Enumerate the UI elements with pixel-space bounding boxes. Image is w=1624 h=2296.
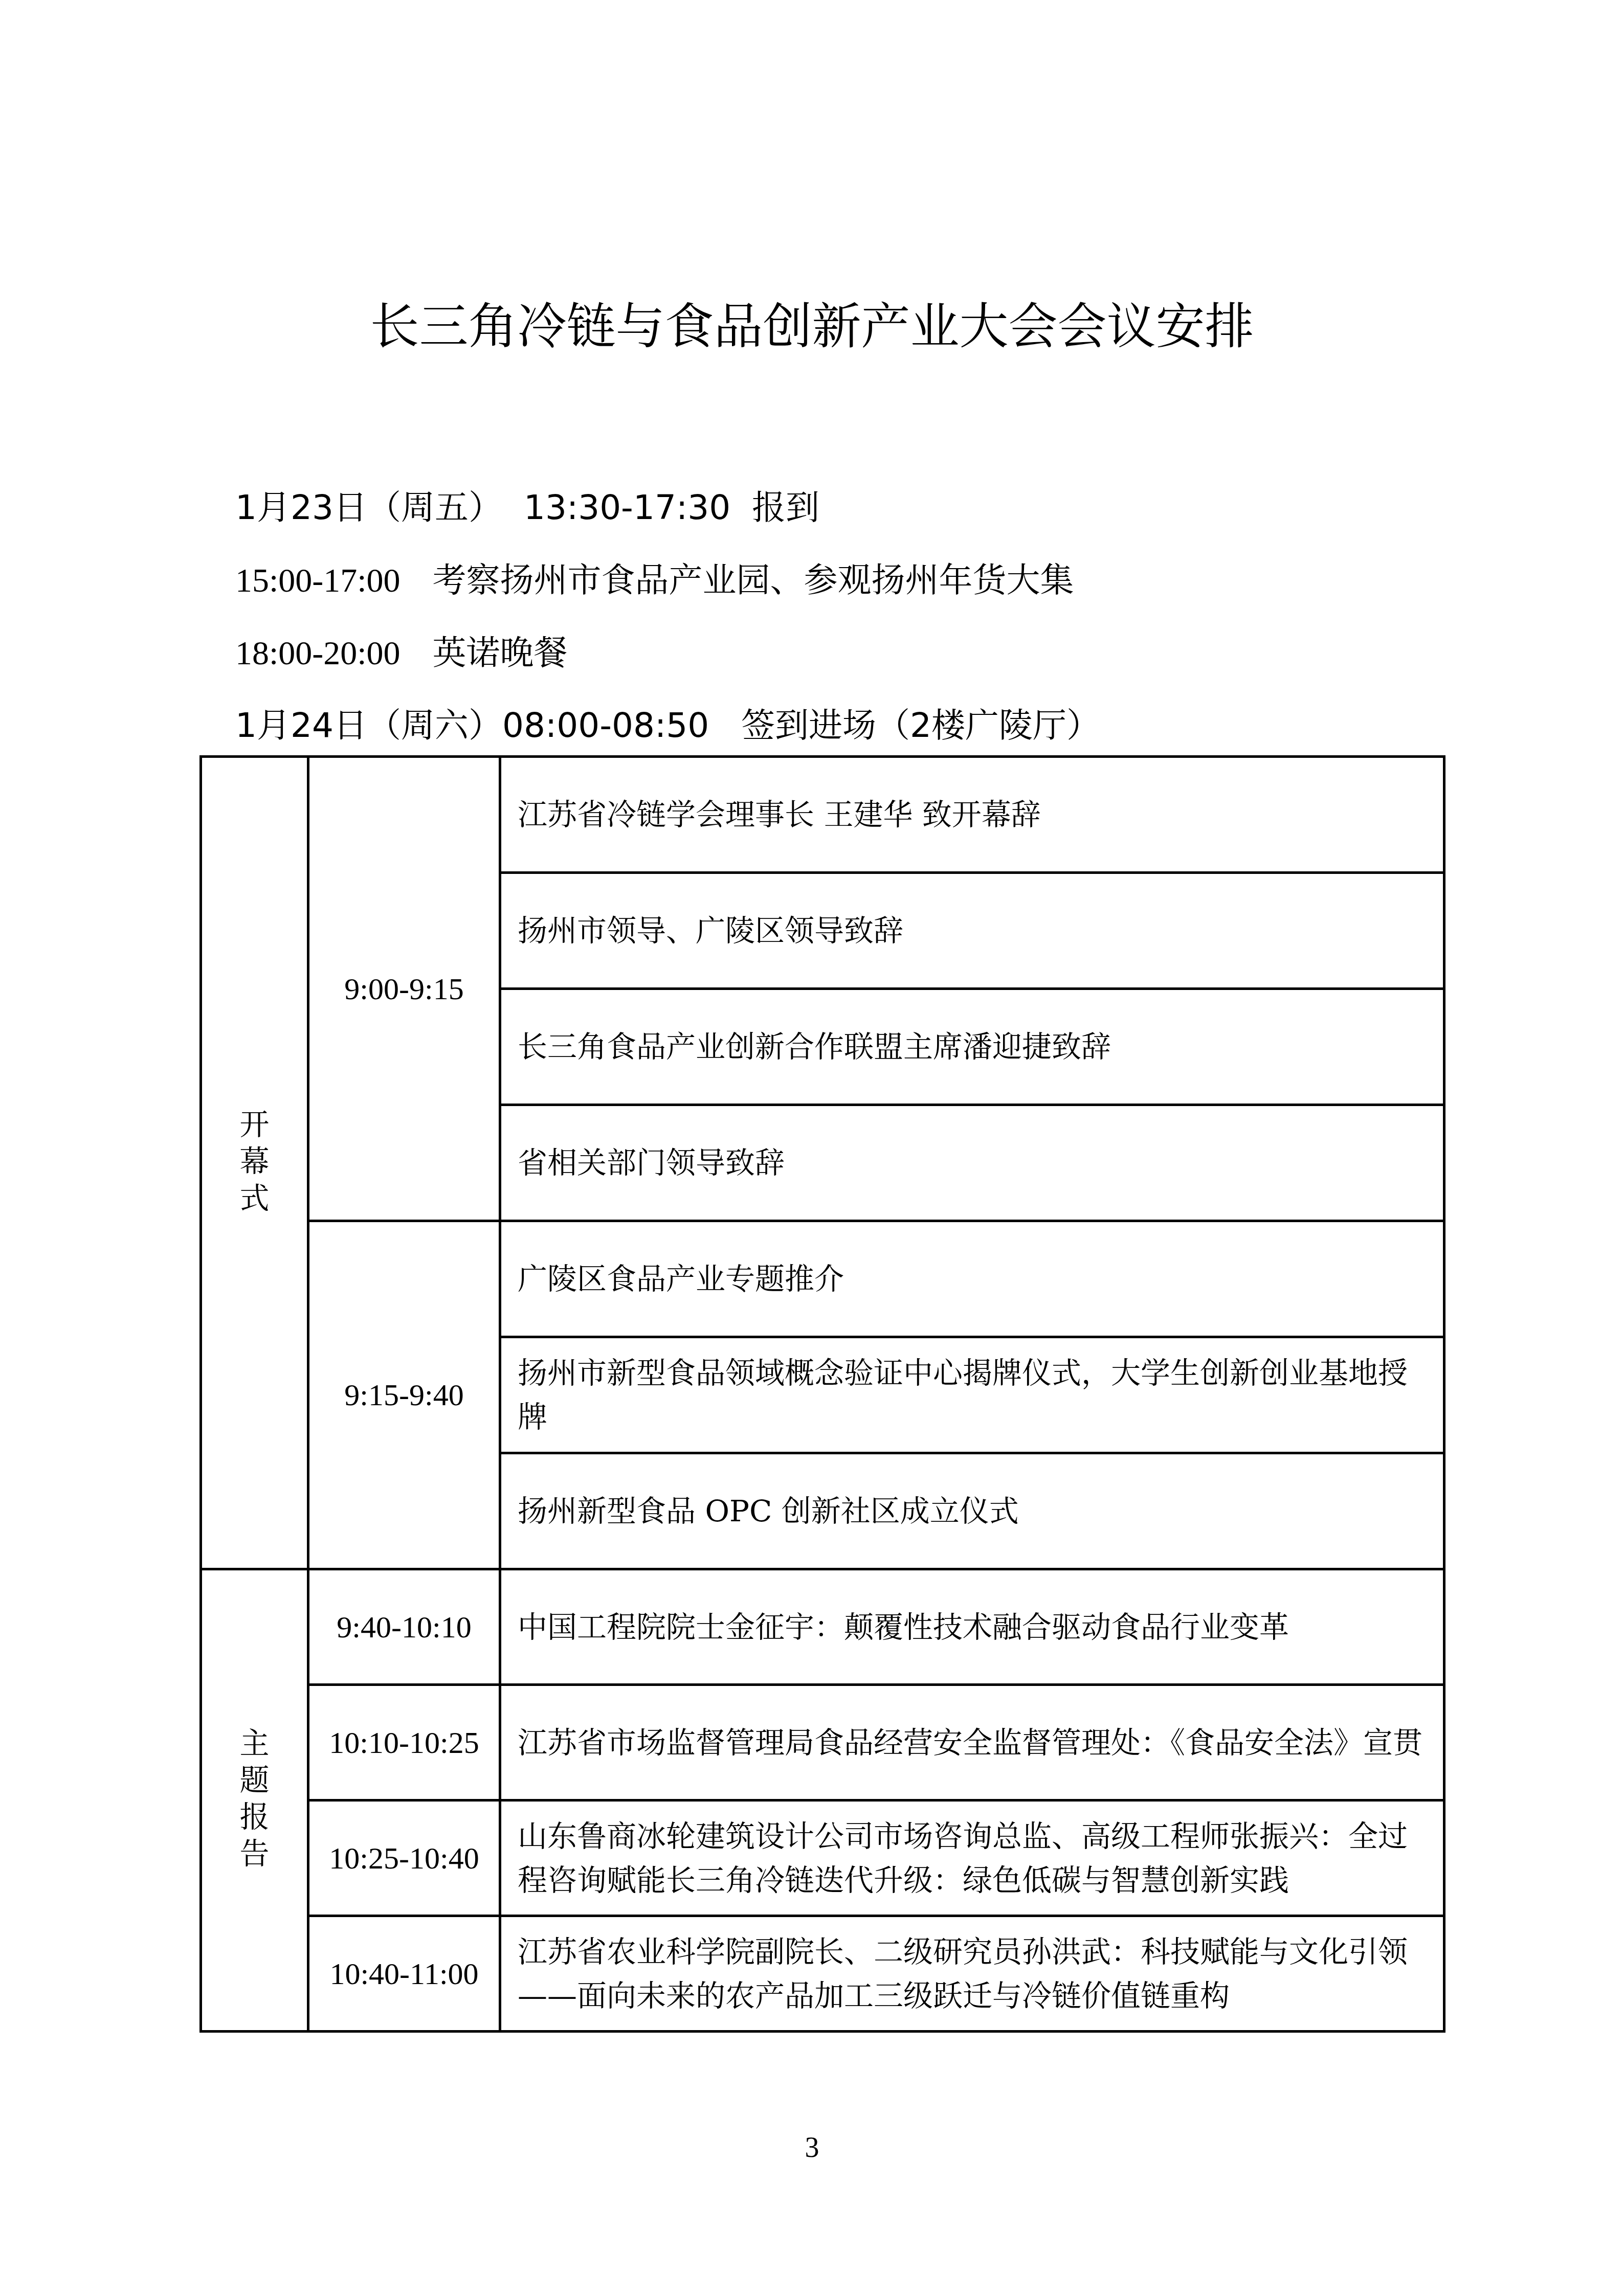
agenda-item: 广陵区食品产业专题推介 (500, 1221, 1444, 1337)
table-row: 开幕式 9:00-9:15 江苏省冷链学会理事长 王建华 致开幕辞 (201, 757, 1444, 873)
schedule-line-checkin: 1月24日（周六）08:00-08:50 签到进场（2楼广陵厅） (214, 657, 1100, 749)
agenda-item: 山东鲁商冰轮建筑设计公司市场咨询总监、高级工程师张振兴：全过程咨询赋能长三角冷链… (500, 1800, 1444, 1916)
section-opening: 开幕式 (201, 757, 308, 1569)
section-keynotes: 主题报告 (201, 1569, 308, 2032)
agenda-item: 扬州市新型食品领域概念验证中心揭牌仪式，大学生创新创业基地授牌 (500, 1337, 1444, 1453)
table-row: 10:25-10:40 山东鲁商冰轮建筑设计公司市场咨询总监、高级工程师张振兴：… (201, 1800, 1444, 1916)
activity: 签到进场（2楼广陵厅） (741, 706, 1100, 745)
agenda-item: 长三角食品产业创新合作联盟主席潘迎捷致辞 (500, 989, 1444, 1105)
slot-time: 9:15-9:40 (308, 1221, 500, 1569)
agenda-item: 江苏省市场监督管理局食品经营安全监督管理处：《食品安全法》宣贯 (500, 1685, 1444, 1800)
agenda-item: 中国工程院院士金征宇：颠覆性技术融合驱动食品行业变革 (500, 1569, 1444, 1685)
agenda-item: 扬州新型食品 OPC 创新社区成立仪式 (500, 1453, 1444, 1569)
slot-time: 10:40-11:00 (308, 1916, 500, 2032)
slot-time: 9:40-10:10 (308, 1569, 500, 1685)
agenda-item: 江苏省农业科学院副院长、二级研究员孙洪武：科技赋能与文化引领——面向未来的农产品… (500, 1916, 1444, 2032)
table-row: 9:15-9:40 广陵区食品产业专题推介 (201, 1221, 1444, 1337)
slot-time: 10:10-10:25 (308, 1685, 500, 1800)
agenda-item: 扬州市领导、广陵区领导致辞 (500, 873, 1444, 989)
table-row: 10:40-11:00 江苏省农业科学院副院长、二级研究员孙洪武：科技赋能与文化… (201, 1916, 1444, 2032)
slot-time: 10:25-10:40 (308, 1800, 500, 1916)
page-number: 3 (0, 2131, 1624, 2164)
agenda-item: 江苏省冷链学会理事长 王建华 致开幕辞 (500, 757, 1444, 873)
slot-time: 9:00-9:15 (308, 757, 500, 1221)
agenda-item: 省相关部门领导致辞 (500, 1105, 1444, 1221)
date: 1月24日（周六） (235, 706, 502, 745)
document-title: 长三角冷链与食品创新产业大会会议安排 (0, 296, 1624, 357)
time: 08:00-08:50 (502, 706, 709, 745)
table-row: 主题报告 9:40-10:10 中国工程院院士金征宇：颠覆性技术融合驱动食品行业… (201, 1569, 1444, 1685)
table-row: 10:10-10:25 江苏省市场监督管理局食品经营安全监督管理处：《食品安全法… (201, 1685, 1444, 1800)
agenda-table: 开幕式 9:00-9:15 江苏省冷链学会理事长 王建华 致开幕辞 扬州市领导、… (199, 755, 1445, 2033)
